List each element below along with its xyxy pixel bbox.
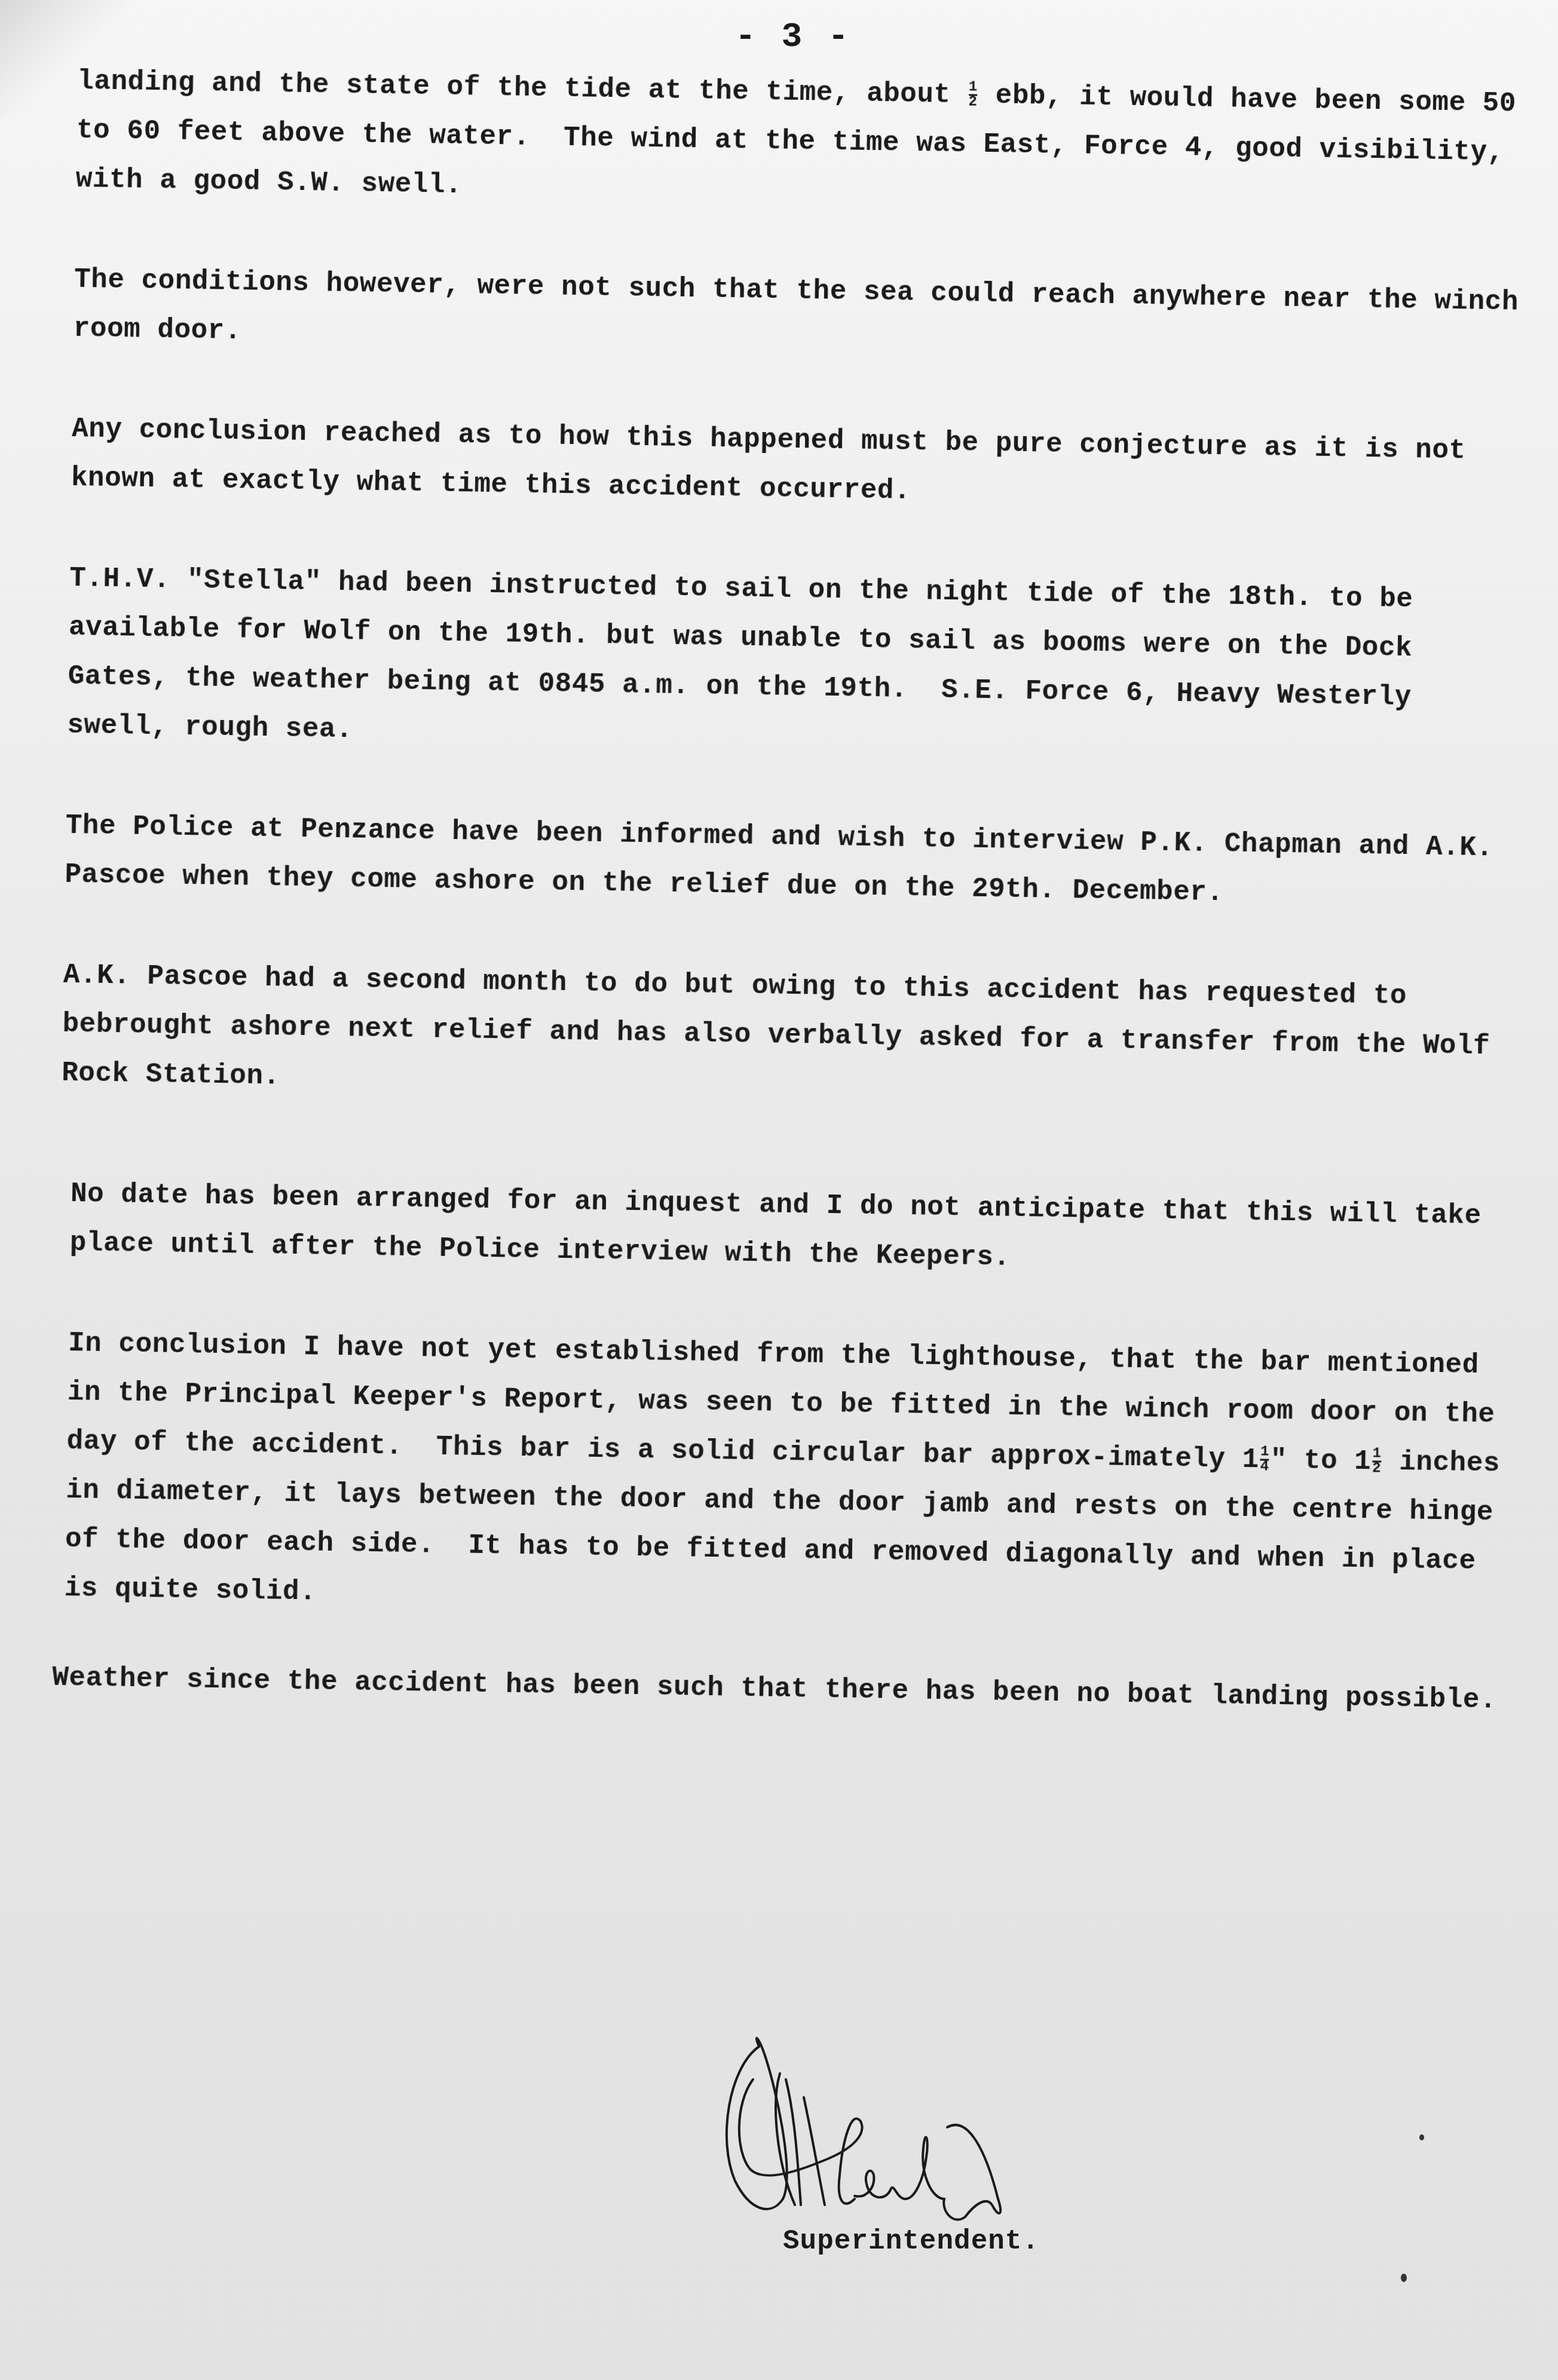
paragraph-tide: landing and the state of the tide at the… — [75, 57, 1536, 226]
signature-block: Superintendent. — [717, 2020, 1135, 2271]
paragraph-weather: Weather since the accident has been such… — [52, 1653, 1511, 1725]
paragraph-pascoe: A.K. Pascoe had a second month to do but… — [62, 951, 1522, 1120]
page-number: - 3 - — [735, 18, 851, 57]
paragraph-stella: T.H.V. "Stella" had been instructed to s… — [67, 554, 1528, 773]
paragraph-text: " to 1 — [1270, 1445, 1371, 1478]
paragraph-inquest: No date has been arranged for an inquest… — [59, 1169, 1518, 1290]
paragraph-police: The Police at Penzance have been informe… — [65, 801, 1524, 922]
fraction-quarter: 14 — [1260, 1446, 1269, 1474]
paper-speck — [1401, 2274, 1407, 2282]
handwritten-signature-icon — [717, 2020, 1135, 2247]
paragraph-conjecture: Any conclusion reached as to how this ha… — [71, 405, 1530, 525]
paragraph-conditions: The conditions however, were not such th… — [73, 255, 1532, 376]
document-body: landing and the state of the tide at the… — [51, 57, 1535, 1776]
paragraph-text: landing and the state of the tide at the… — [77, 66, 968, 111]
paper-speck — [1419, 2134, 1424, 2140]
fraction-half: 12 — [1372, 1448, 1382, 1476]
fraction-half: 12 — [968, 81, 978, 109]
paragraph-bar: In conclusion I have not yet established… — [53, 1319, 1516, 1635]
document-page: - 3 - landing and the state of the tide … — [0, 0, 1558, 2380]
signature-title: Superintendent. — [783, 2226, 1039, 2257]
